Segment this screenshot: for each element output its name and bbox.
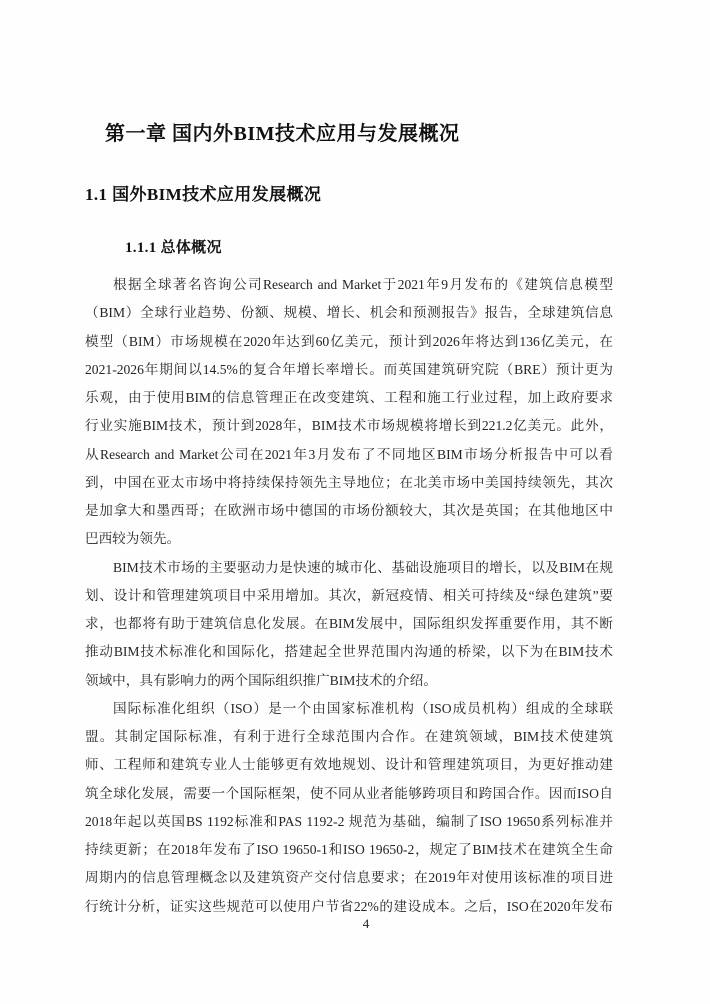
text-line: 乐观，由于使用BIM的信息管理正在改变建筑、工程和施工行业过程，加上政府要求 — [85, 384, 613, 412]
text-line: 领域中，具有影响力的两个国际组织推广BIM技术的介绍。 — [85, 667, 613, 695]
text-line: 根据全球著名咨询公司Research and Market于2021年9月发布的… — [85, 271, 613, 299]
text-line: 推动BIM技术标准化和国际化，搭建起全世界范围内沟通的桥梁，以下为在BIM技术 — [85, 638, 613, 666]
text-line: 筑全球化发展，需要一个国际框架，使不同从业者能够跨项目和跨国合作。因而ISO自 — [85, 780, 613, 808]
chapter-heading: 第一章 国内外BIM技术应用与发展概况 — [105, 121, 460, 147]
text-line: 模型（BIM）市场规模在2020年达到60亿美元，预计到2026年将达到136亿… — [85, 328, 613, 356]
section-heading: 1.1 国外BIM技术应用发展概况 — [85, 184, 321, 206]
text-line: 巴西较为领先。 — [85, 525, 613, 553]
document-page: 第一章 国内外BIM技术应用与发展概况 1.1 国外BIM技术应用发展概况 1.… — [0, 0, 710, 1004]
subsection-heading: 1.1.1 总体概况 — [125, 238, 222, 258]
text-line: BIM技术市场的主要驱动力是快速的城市化、基础设施项目的增长，以及BIM在规 — [85, 554, 613, 582]
text-line: 师、工程师和建筑专业人士能够更有效地规划、设计和管理建筑项目，为更好推动建 — [85, 751, 613, 779]
text-line: 盟。其制定国际标准，有利于进行全球范围内合作。在建筑领域，BIM技术使建筑 — [85, 723, 613, 751]
text-line: 行业实施BIM技术，预计到2028年，BIM技术市场规模将增长到221.2亿美元… — [85, 412, 613, 440]
text-line: 划、设计和管理建筑项目中采用增加。其次，新冠疫情、相关可持续及“绿色建筑”要 — [85, 582, 613, 610]
text-line: （BIM）全球行业趋势、份额、规模、增长、机会和预测报告》报告，全球建筑信息 — [85, 299, 613, 327]
paragraphs: 根据全球著名咨询公司Research and Market于2021年9月发布的… — [85, 271, 613, 921]
text-line: 2018年起以英国BS 1192标准和PAS 1192-2 规范为基础，编制了I… — [85, 808, 613, 836]
text-line: 求，也都将有助于建筑信息化发展。在BIM发展中，国际组织发挥重要作用，其不断 — [85, 610, 613, 638]
text-line: 到，中国在亚太市场中将持续保持领先主导地位；在北美市场中美国持续领先，其次 — [85, 469, 613, 497]
text-line: 从Research and Market公司在2021年3月发布了不同地区BIM… — [85, 441, 613, 469]
text-line: 2021-2026年期间以14.5%的复合年增长率增长。而英国建筑研究院（BRE… — [85, 356, 613, 384]
text-line: 是加拿大和墨西哥；在欧洲市场中德国的市场份额较大，其次是英国；在其他地区中 — [85, 497, 613, 525]
text-line: 周期内的信息管理概念以及建筑资产交付信息要求；在2019年对使用该标准的项目进 — [85, 864, 613, 892]
text-line: 持续更新；在2018年发布了ISO 19650-1和ISO 19650-2，规定… — [85, 836, 613, 864]
text-line: 国际标准化组织（ISO）是一个由国家标准机构（ISO成员机构）组成的全球联 — [85, 695, 613, 723]
page-number: 4 — [0, 915, 710, 933]
